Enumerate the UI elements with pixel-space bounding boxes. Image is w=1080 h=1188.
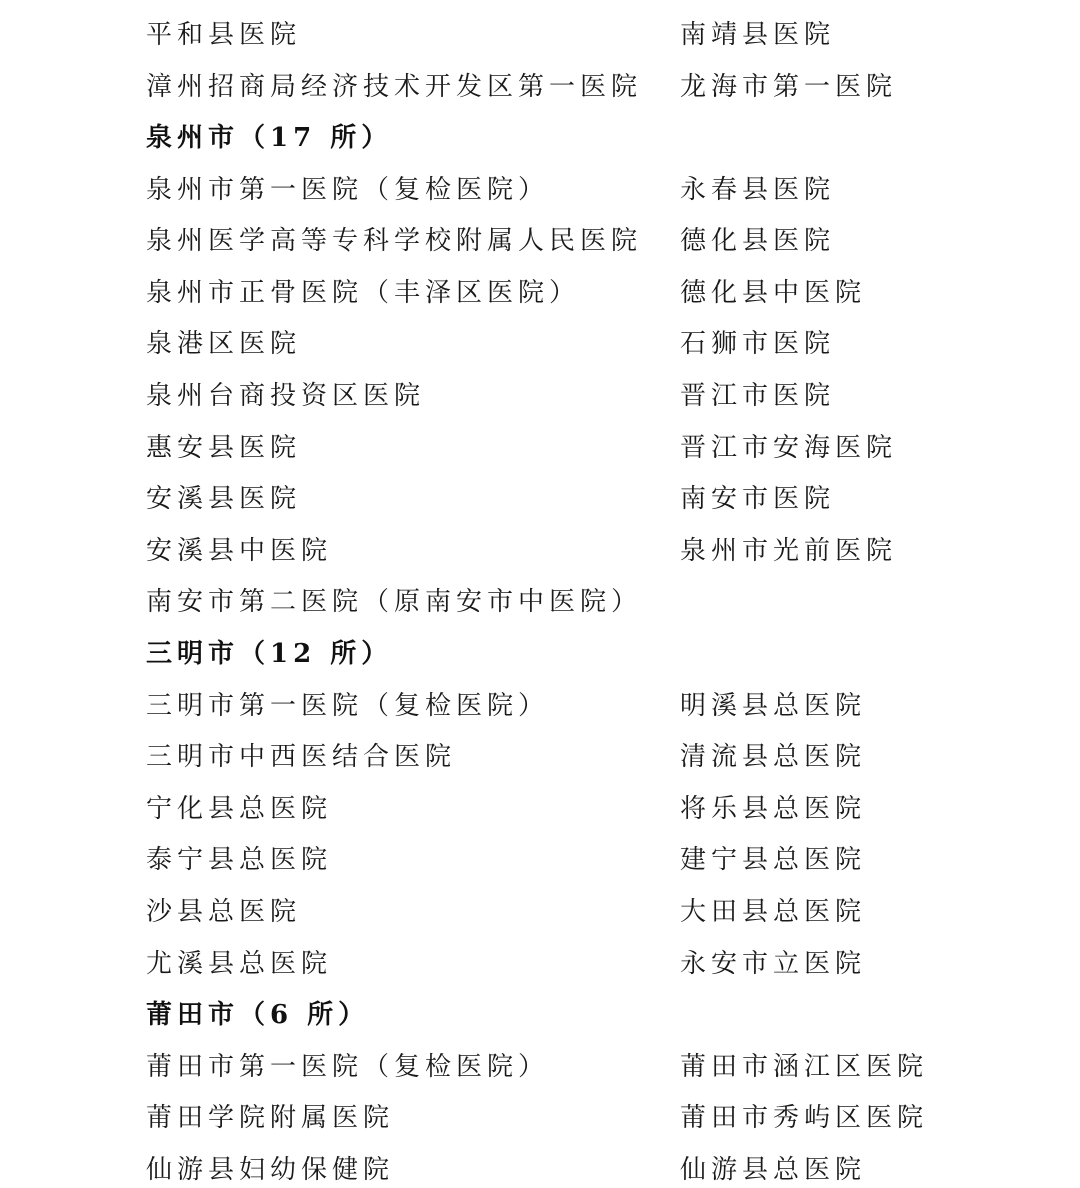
hospital-name: 晋江市安海医院 [680, 422, 897, 474]
hospital-name: 莆田市秀屿区医院 [680, 1092, 928, 1144]
hospital-name: 将乐县总医院 [680, 783, 866, 835]
list-row: 泉州市第一医院（复检医院） 永春县医院 [0, 164, 1080, 216]
hospital-name: 莆田市涵江区医院 [680, 1041, 928, 1093]
hospital-name: 南靖县医院 [680, 9, 835, 61]
section-heading-row: 三明市（12 所） [0, 628, 1080, 680]
city-heading-putian: 莆田市（6 所） [146, 989, 369, 1041]
list-row: 莆田市第一医院（复检医院） 莆田市涵江区医院 [0, 1041, 1080, 1093]
list-row: 泉州市正骨医院（丰泽区医院） 德化县中医院 [0, 267, 1080, 319]
hospital-name: 漳州招商局经济技术开发区第一医院 [146, 61, 642, 113]
list-row: 安溪县中医院 泉州市光前医院 [0, 525, 1080, 577]
list-row: 宁化县总医院 将乐县总医院 [0, 783, 1080, 835]
hospital-name: 石狮市医院 [680, 318, 835, 370]
hospital-name: 泉州市正骨医院（丰泽区医院） [146, 267, 580, 319]
hospital-name: 泉州医学高等专科学校附属人民医院 [146, 215, 642, 267]
city-heading-sanming: 三明市（12 所） [146, 628, 392, 680]
hospital-name: 泉州市第一医院（复检医院） [146, 164, 549, 216]
hospital-name: 大田县总医院 [680, 886, 866, 938]
list-row: 漳州招商局经济技术开发区第一医院 龙海市第一医院 [0, 61, 1080, 113]
section-heading-row: 莆田市（6 所） [0, 989, 1080, 1041]
hospital-name: 南安市第二医院（原南安市中医院） [146, 576, 642, 628]
hospital-name: 明溪县总医院 [680, 680, 866, 732]
list-row: 尤溪县总医院 永安市立医院 [0, 938, 1080, 990]
list-row: 沙县总医院 大田县总医院 [0, 886, 1080, 938]
hospital-name: 安溪县中医院 [146, 525, 332, 577]
list-row: 南安市第二医院（原南安市中医院） [0, 576, 1080, 628]
hospital-name: 德化县中医院 [680, 267, 866, 319]
hospital-name: 安溪县医院 [146, 473, 301, 525]
hospital-name: 惠安县医院 [146, 422, 301, 474]
city-heading-quanzhou: 泉州市（17 所） [146, 112, 392, 164]
list-row: 安溪县医院 南安市医院 [0, 473, 1080, 525]
hospital-name: 宁化县总医院 [146, 783, 332, 835]
list-row: 泰宁县总医院 建宁县总医院 [0, 834, 1080, 886]
list-row: 仙游县妇幼保健院 仙游县总医院 [0, 1144, 1080, 1188]
hospital-name: 龙海市第一医院 [680, 61, 897, 113]
list-row: 泉州医学高等专科学校附属人民医院 德化县医院 [0, 215, 1080, 267]
hospital-name: 莆田市第一医院（复检医院） [146, 1041, 549, 1093]
list-row: 泉州台商投资区医院 晋江市医院 [0, 370, 1080, 422]
list-row: 三明市第一医院（复检医院） 明溪县总医院 [0, 680, 1080, 732]
hospital-name: 泉港区医院 [146, 318, 301, 370]
list-row: 泉港区医院 石狮市医院 [0, 318, 1080, 370]
hospital-name: 永安市立医院 [680, 938, 866, 990]
hospital-name: 仙游县总医院 [680, 1144, 866, 1188]
hospital-name: 建宁县总医院 [680, 834, 866, 886]
document-page: 平和县医院 南靖县医院 漳州招商局经济技术开发区第一医院 龙海市第一医院 泉州市… [0, 0, 1080, 1188]
hospital-name: 德化县医院 [680, 215, 835, 267]
hospital-name: 尤溪县总医院 [146, 938, 332, 990]
hospital-name: 泰宁县总医院 [146, 834, 332, 886]
hospital-name: 沙县总医院 [146, 886, 301, 938]
hospital-name: 三明市中西医结合医院 [146, 731, 456, 783]
hospital-name: 仙游县妇幼保健院 [146, 1144, 394, 1188]
hospital-name: 南安市医院 [680, 473, 835, 525]
section-heading-row: 泉州市（17 所） [0, 112, 1080, 164]
list-row: 莆田学院附属医院 莆田市秀屿区医院 [0, 1092, 1080, 1144]
hospital-name: 平和县医院 [146, 9, 301, 61]
hospital-name: 泉州台商投资区医院 [146, 370, 425, 422]
hospital-name: 三明市第一医院（复检医院） [146, 680, 549, 732]
hospital-name: 晋江市医院 [680, 370, 835, 422]
list-row: 平和县医院 南靖县医院 [0, 9, 1080, 61]
hospital-name: 莆田学院附属医院 [146, 1092, 394, 1144]
hospital-name: 泉州市光前医院 [680, 525, 897, 577]
hospital-name: 永春县医院 [680, 164, 835, 216]
list-row: 惠安县医院 晋江市安海医院 [0, 422, 1080, 474]
list-row: 三明市中西医结合医院 清流县总医院 [0, 731, 1080, 783]
hospital-name: 清流县总医院 [680, 731, 866, 783]
